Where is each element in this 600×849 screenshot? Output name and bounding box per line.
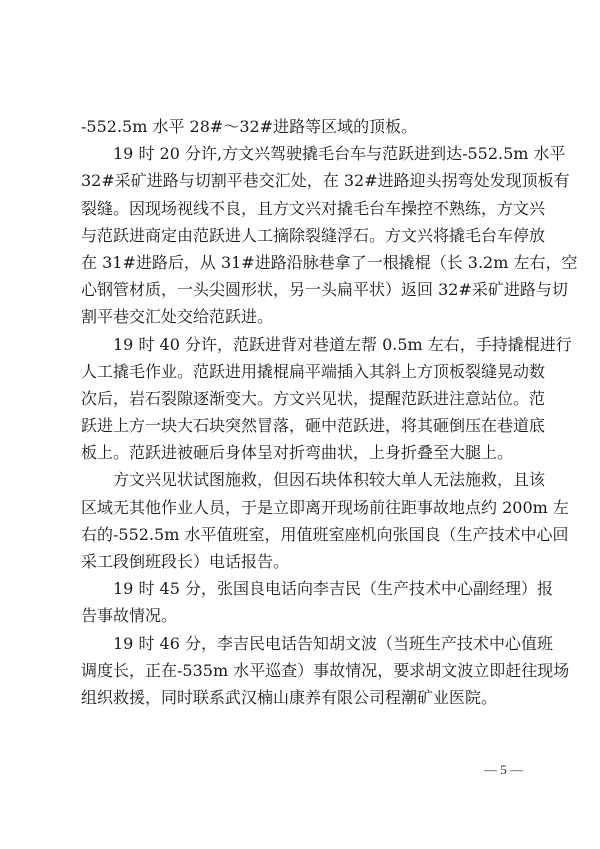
text-line: 32#采矿进路与切割平巷交汇处，在 32#进路迎头拐弯处发现顶板有	[81, 167, 537, 194]
text-line: 告事故情况。	[81, 602, 537, 629]
text-line: 组织救援，同时联系武汉楠山康养有限公司程潮矿业医院。	[81, 684, 537, 711]
text-line: 调度长，正在-535m 水平巡查）事故情况，要求胡文波立即赶往现场	[81, 657, 537, 684]
text-line: 区域无其他作业人员，于是立即离开现场前往距事故地点约 200m 左	[81, 494, 537, 521]
text-line: 次后，岩石裂隙逐渐变大。方文兴见状，提醒范跃进注意站位。范	[81, 385, 537, 412]
body-text: -552.5m 水平 28#～32#进路等区域的顶板。 19 时 20 分许,方…	[81, 113, 537, 711]
document-page: -552.5m 水平 28#～32#进路等区域的顶板。 19 时 20 分许,方…	[0, 0, 600, 849]
text-line: -552.5m 水平 28#～32#进路等区域的顶板。	[81, 113, 537, 140]
text-line: 跃进上方一块大石块突然冒落，砸中范跃进，将其砸倒压在巷道底	[81, 412, 537, 439]
text-line: 在 31#进路后，从 31#进路沿脉巷拿了一根撬棍（长 3.2m 左右，空	[81, 249, 537, 276]
text-line: 割平巷交汇处交给范跃进。	[81, 303, 537, 330]
text-line: 右的-552.5m 水平值班室，用值班室座机向张国良（生产技术中心回	[81, 521, 537, 548]
text-line: 方文兴见状试图施救，但因石块体积较大单人无法施救，且该	[81, 466, 537, 493]
page-number: — 5 —	[484, 762, 523, 778]
text-line: 19 时 46 分，李吉民电话告知胡文波（当班生产技术中心值班	[81, 630, 537, 657]
text-line: 19 时 20 分许,方文兴驾驶撬毛台车与范跃进到达-552.5m 水平	[81, 140, 537, 167]
text-line: 心钢管材质，一头尖圆形状，另一头扁平状）返回 32#采矿进路与切	[81, 276, 537, 303]
text-line: 19 时 40 分许，范跃进背对巷道左帮 0.5m 左右，手持撬棍进行	[81, 331, 537, 358]
text-line: 与范跃进商定由范跃进人工摘除裂缝浮石。方文兴将撬毛台车停放	[81, 222, 537, 249]
text-line: 板上。范跃进被砸后身体呈对折弯曲状，上身折叠至大腿上。	[81, 439, 537, 466]
text-line: 19 时 45 分，张国良电话向李吉民（生产技术中心副经理）报	[81, 575, 537, 602]
text-line: 人工撬毛作业。范跃进用撬棍扁平端插入其斜上方顶板裂缝晃动数	[81, 358, 537, 385]
text-line: 裂缝。因现场视线不良，且方文兴对撬毛台车操控不熟练，方文兴	[81, 195, 537, 222]
text-line: 采工段倒班段长）电话报告。	[81, 548, 537, 575]
